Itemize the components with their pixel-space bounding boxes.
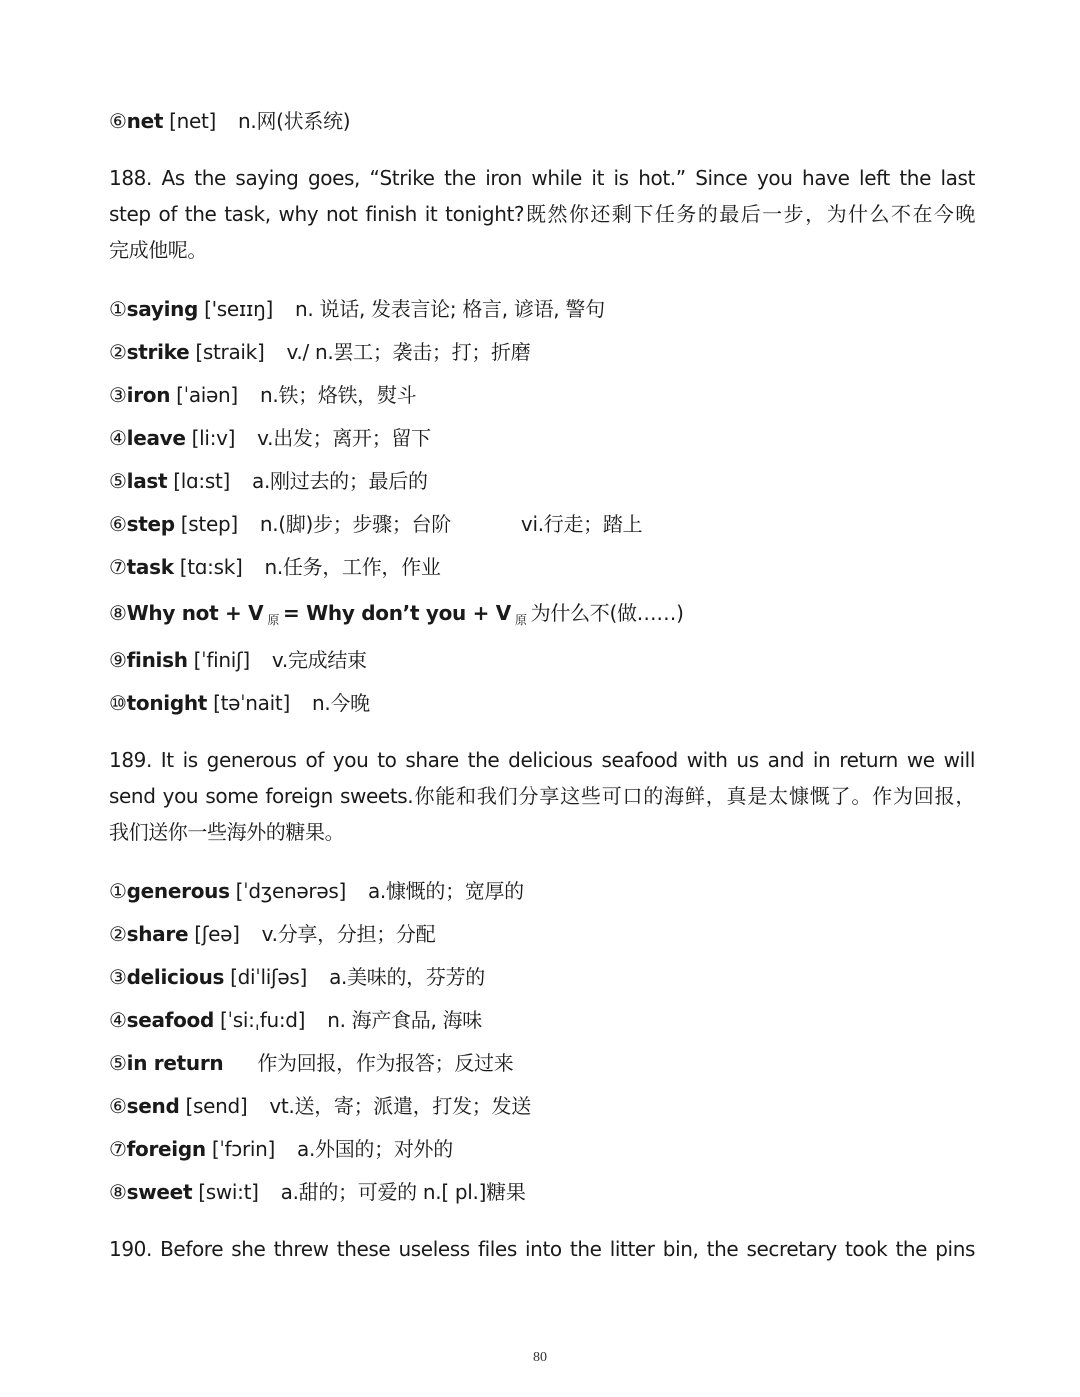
sentence-190: 190. Before she threw these useless file… [109, 1231, 975, 1267]
entry-word: sweet [127, 1180, 193, 1204]
entry-number: ⑥ [109, 109, 127, 133]
vocab-entry: ④seafood[ˈsi:ˌfu:d]n. 海产食品, 海味 [109, 1006, 482, 1034]
entry-word: foreign [127, 1137, 206, 1161]
entry-number: ① [109, 297, 127, 321]
vocab-entry: ④leave[li:v]v.出发；离开；留下 [109, 424, 431, 452]
entry-phonetic: [ʃeə] [194, 922, 239, 946]
phrase-part-a: Why not + V [127, 601, 264, 625]
page-number: 80 [0, 1350, 1080, 1366]
entry-number: ② [109, 340, 127, 364]
entry-number: ③ [109, 965, 127, 989]
entry-definition: n.今晚 [312, 691, 370, 715]
vocab-entry: ③iron[ˈaiən]n.铁；烙铁，熨斗 [109, 381, 416, 409]
entry-number: ④ [109, 1008, 127, 1032]
entry-phonetic: [ˈaiən] [176, 383, 238, 407]
entry-phonetic: [ˈsi:ˌfu:d] [220, 1008, 305, 1032]
vocab-entry: ②strike[straik]v./ n.罢工；袭击；打；折磨 [109, 338, 530, 366]
vocab-entry: ②share[ʃeə]v.分享，分担；分配 [109, 920, 435, 948]
entry-definition: n. 海产食品, 海味 [327, 1008, 482, 1032]
entry-phonetic: ['seɪɪŋ] [204, 297, 273, 321]
entry-phonetic: [təˈnait] [213, 691, 290, 715]
entry-number: ④ [109, 426, 127, 450]
entry-number: ⑥ [109, 1094, 127, 1118]
entry-phonetic: [step] [181, 512, 238, 536]
vocab-entry: ⑨finish[ˈfiniʃ]v.完成结束 [109, 646, 367, 674]
entry-phonetic: [swi:t] [198, 1180, 258, 1204]
entry-definition: a.刚过去的；最后的 [252, 469, 428, 493]
sentence-line: 190. Before she threw these useless file… [109, 1231, 975, 1267]
phrase-part-b: = Why don’t you + V [283, 601, 511, 625]
sentence-188: 188. As the saying goes, “Strike the iro… [109, 160, 975, 268]
phrase-subscript: 原 [515, 613, 527, 627]
entry-word: delicious [127, 965, 225, 989]
entry-number: ⑩ [109, 691, 127, 715]
entry-number: ⑥ [109, 512, 127, 536]
sentence-line: send you some foreign sweets.你能和我们分享这些可口… [109, 778, 975, 814]
vocab-entry: ③delicious[diˈliʃəs]a.美味的，芬芳的 [109, 963, 485, 991]
entry-definition: 为什么不(做……) [531, 601, 684, 625]
entry-definition: a.慷慨的；宽厚的 [368, 879, 524, 903]
sentence-line: 我们送你一些海外的糖果。 [109, 814, 975, 850]
entry-word: share [127, 922, 189, 946]
vocab-entry: ⑩tonight[təˈnait]n.今晚 [109, 689, 370, 717]
sentence-line: 188. As the saying goes, “Strike the iro… [109, 160, 975, 196]
entry-phonetic: [ˈfɔrin] [212, 1137, 275, 1161]
vocab-entry: ⑧sweet[swi:t]a.甜的；可爱的 n.[ pl.]糖果 [109, 1178, 526, 1206]
entry-definition-verb: vi.行走；踏上 [521, 512, 642, 536]
entry-word: strike [127, 340, 190, 364]
entry-definition: v.分享，分担；分配 [262, 922, 436, 946]
entry-number: ⑦ [109, 555, 127, 579]
vocab-entry: ⑥send[send]vt.送，寄；派遣，打发；发送 [109, 1092, 531, 1120]
entry-word: generous [127, 879, 230, 903]
entry-definition: v./ n.罢工；袭击；打；折磨 [286, 340, 530, 364]
vocab-entry: ⑤last[lɑ:st]a.刚过去的；最后的 [109, 467, 428, 495]
entry-definition: a.美味的，芬芳的 [329, 965, 485, 989]
entry-number: ② [109, 922, 127, 946]
entry-definition: n.网(状系统) [238, 109, 350, 133]
entry-definition: n.铁；烙铁，熨斗 [260, 383, 416, 407]
entry-word: tonight [127, 691, 207, 715]
entry-phonetic: [lɑ:st] [173, 469, 230, 493]
sentence-line: step of the task, why not finish it toni… [109, 196, 975, 232]
entry-number: ⑧ [109, 1180, 127, 1204]
entry-number: ③ [109, 383, 127, 407]
entry-word: saying [127, 297, 198, 321]
entry-word: send [127, 1094, 180, 1118]
vocab-entry-phrase: ⑧Why not + V原= Why don’t you + V原为什么不(做…… [109, 599, 684, 634]
entry-definition: vt.送，寄；派遣，打发；发送 [269, 1094, 531, 1118]
sentence-line: 189. It is generous of you to share the … [109, 742, 975, 778]
entry-number: ⑤ [109, 1051, 127, 1075]
entry-definition: n.任务，工作，作业 [265, 555, 441, 579]
sentence-189: 189. It is generous of you to share the … [109, 742, 975, 850]
entry-phonetic: [straik] [195, 340, 264, 364]
entry-word: leave [127, 426, 186, 450]
entry-phonetic: [ˈdʒenərəs] [236, 879, 346, 903]
sentence-line: 完成他呢。 [109, 232, 975, 268]
entry-phonetic: [send] [185, 1094, 247, 1118]
vocab-entry: ⑥step[step]n.(脚)步；步骤；台阶vi.行走；踏上 [109, 510, 642, 538]
vocab-entry: ①generous[ˈdʒenərəs]a.慷慨的；宽厚的 [109, 877, 524, 905]
entry-number: ⑤ [109, 469, 127, 493]
entry-definition: a.甜的；可爱的 n.[ pl.]糖果 [281, 1180, 526, 1204]
entry-definition: n.(脚)步；步骤；台阶 [260, 512, 451, 536]
vocab-entry: ⑦foreign[ˈfɔrin]a.外国的；对外的 [109, 1135, 453, 1163]
entry-word: last [127, 469, 168, 493]
document-page: ⑥net[net]n.网(状系统) 188. As the saying goe… [0, 0, 1080, 1397]
entry-word: in return [127, 1051, 224, 1075]
entry-word: seafood [127, 1008, 214, 1032]
vocab-entry-net: ⑥net[net]n.网(状系统) [109, 107, 350, 135]
entry-word: iron [127, 383, 171, 407]
vocab-entry: ⑦task[tɑ:sk]n.任务，工作，作业 [109, 553, 441, 581]
entry-word: finish [127, 648, 188, 672]
phrase-subscript: 原 [267, 613, 279, 627]
entry-phonetic: [ˈfiniʃ] [194, 648, 250, 672]
entry-phonetic: [diˈliʃəs] [230, 965, 307, 989]
entry-definition: v.完成结束 [272, 648, 367, 672]
entry-definition: v.出发；离开；留下 [257, 426, 431, 450]
entry-definition: a.外国的；对外的 [297, 1137, 453, 1161]
vocab-entry: ①saying['seɪɪŋ]n. 说话, 发表言论; 格言, 谚语, 警句 [109, 295, 605, 323]
entry-word: step [127, 512, 175, 536]
vocab-entry: ⑤in return作为回报，作为报答；反过来 [109, 1049, 513, 1077]
entry-phonetic: [net] [169, 109, 216, 133]
entry-number: ⑧ [109, 601, 127, 625]
entry-number: ⑨ [109, 648, 127, 672]
entry-number: ⑦ [109, 1137, 127, 1161]
entry-number: ① [109, 879, 127, 903]
entry-definition: 作为回报，作为报答；反过来 [257, 1051, 513, 1075]
entry-phonetic: [tɑ:sk] [180, 555, 243, 579]
entry-definition: n. 说话, 发表言论; 格言, 谚语, 警句 [295, 297, 605, 321]
entry-word: task [127, 555, 174, 579]
entry-phonetic: [li:v] [192, 426, 236, 450]
entry-word: net [127, 109, 163, 133]
